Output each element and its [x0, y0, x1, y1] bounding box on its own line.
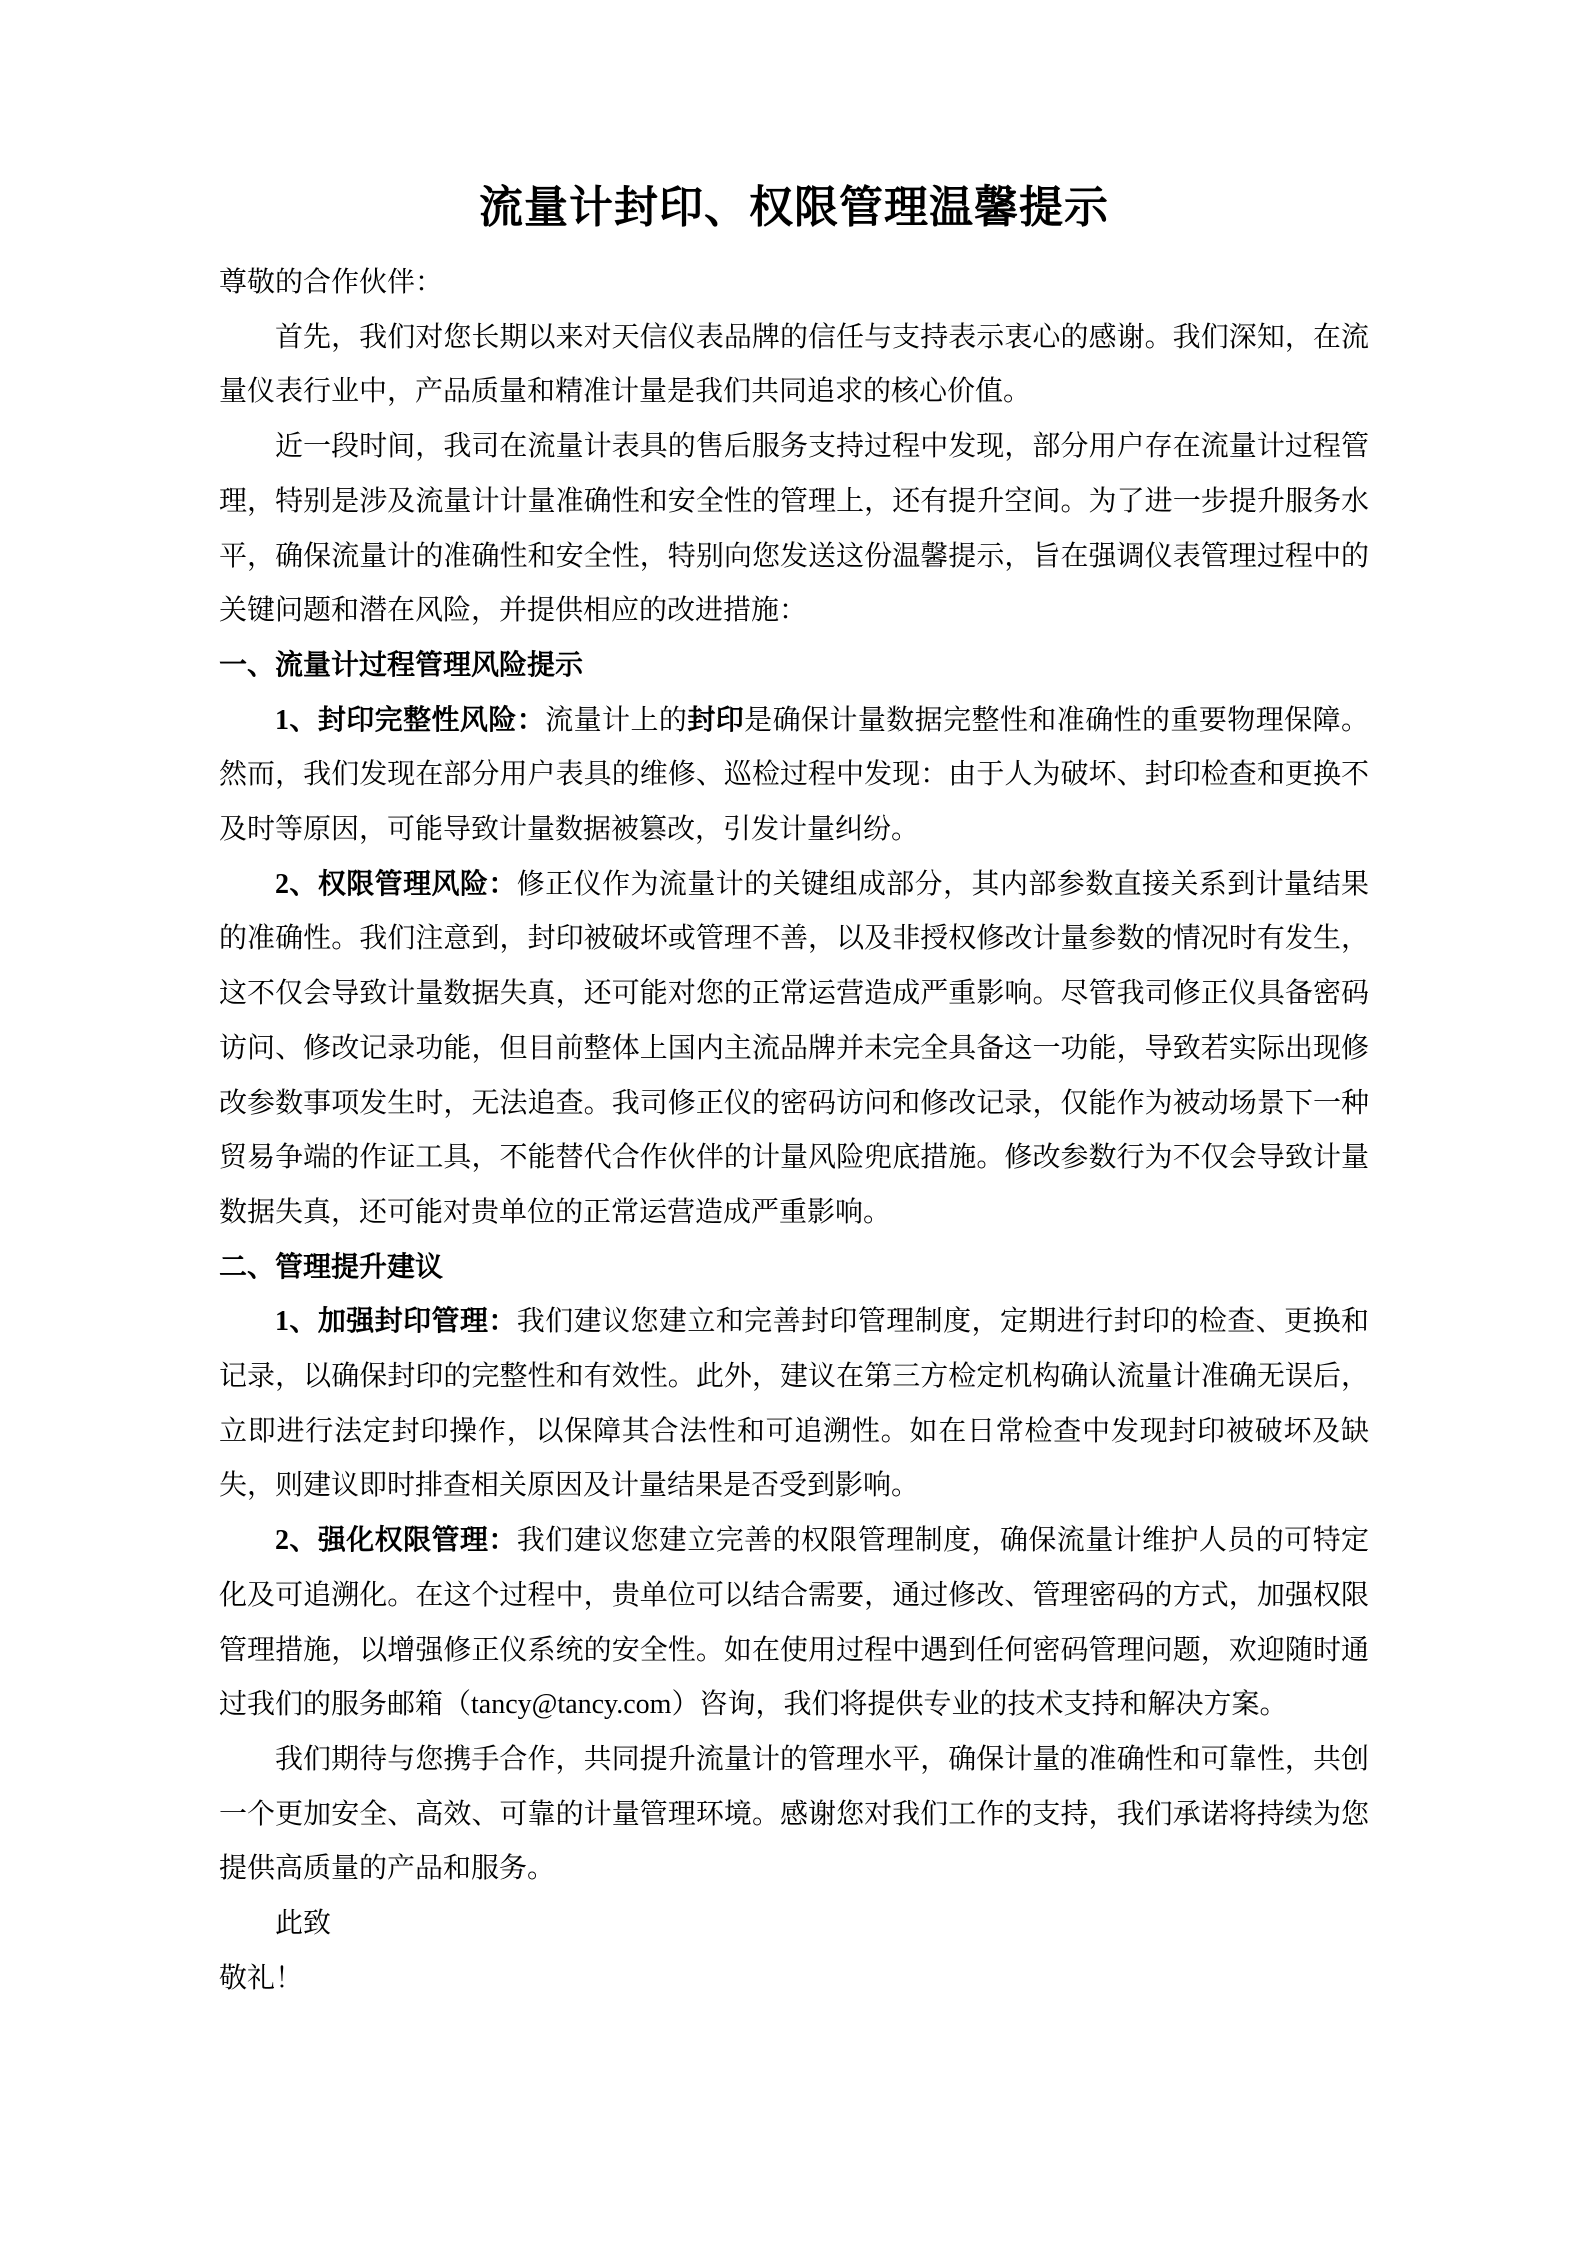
closing-jingli: 敬礼！: [219, 1952, 1369, 2007]
closing-cizhi: 此致: [219, 1897, 1369, 1952]
text-run: 2、权限管理风险：: [275, 869, 517, 900]
paragraph-intro-thanks: 首先，我们对您长期以来对天信仪表品牌的信任与支持表示衷心的感谢。我们深知，在流量…: [219, 311, 1369, 420]
text-run: 2、强化权限管理：: [275, 1525, 517, 1556]
text-run: 此致: [275, 1908, 331, 1939]
paragraph-risk-permission: 2、权限管理风险：修正仪作为流量计的关键组成部分，其内部参数直接关系到计量结果的…: [219, 858, 1369, 1241]
text-run: 近一段时间，我司在流量计表具的售后服务支持过程中发现，部分用户存在流量计过程管理…: [219, 431, 1369, 626]
paragraph-background: 近一段时间，我司在流量计表具的售后服务支持过程中发现，部分用户存在流量计过程管理…: [219, 420, 1369, 639]
text-run: 1、封印完整性风险：: [275, 705, 545, 736]
document-title: 流量计封印、权限管理温馨提示: [219, 178, 1369, 238]
text-run: 首先，我们对您长期以来对天信仪表品牌的信任与支持表示衷心的感谢。我们深知，在流量…: [219, 322, 1369, 408]
salutation: 尊敬的合作伙伴：: [219, 256, 1369, 311]
document-content: 流量计封印、权限管理温馨提示 尊敬的合作伙伴：首先，我们对您长期以来对天信仪表品…: [219, 0, 1369, 2007]
text-run: 敬礼！: [219, 1963, 303, 1994]
document-body: 尊敬的合作伙伴：首先，我们对您长期以来对天信仪表品牌的信任与支持表示衷心的感谢。…: [219, 256, 1369, 2007]
text-run: 流量计上的: [545, 705, 687, 736]
text-run: 二、管理提升建议: [219, 1252, 443, 1283]
paragraph-advice-permission: 2、强化权限管理：我们建议您建立完善的权限管理制度，确保流量计维护人员的可特定化…: [219, 1514, 1369, 1733]
paragraph-advice-seal: 1、加强封印管理：我们建议您建立和完善封印管理制度，定期进行封印的检查、更换和记…: [219, 1295, 1369, 1514]
section-heading-2: 二、管理提升建议: [219, 1241, 1369, 1296]
paragraph-closing-cooperation: 我们期待与您携手合作，共同提升流量计的管理水平，确保计量的准确性和可靠性，共创一…: [219, 1733, 1369, 1897]
text-run: 尊敬的合作伙伴：: [219, 267, 443, 298]
paragraph-risk-seal-integrity: 1、封印完整性风险：流量计上的封印是确保计量数据完整性和准确性的重要物理保障。然…: [219, 694, 1369, 858]
text-run: 封印: [687, 705, 744, 736]
section-heading-1: 一、流量计过程管理风险提示: [219, 639, 1369, 694]
document-page: 流量计封印、权限管理温馨提示 尊敬的合作伙伴：首先，我们对您长期以来对天信仪表品…: [0, 0, 1587, 2245]
text-run: 修正仪作为流量计的关键组成部分，其内部参数直接关系到计量结果的准确性。我们注意到…: [219, 869, 1369, 1228]
text-run: 一、流量计过程管理风险提示: [219, 650, 583, 681]
text-run: 我们期待与您携手合作，共同提升流量计的管理水平，确保计量的准确性和可靠性，共创一…: [219, 1744, 1369, 1884]
text-run: 1、加强封印管理：: [275, 1306, 517, 1337]
